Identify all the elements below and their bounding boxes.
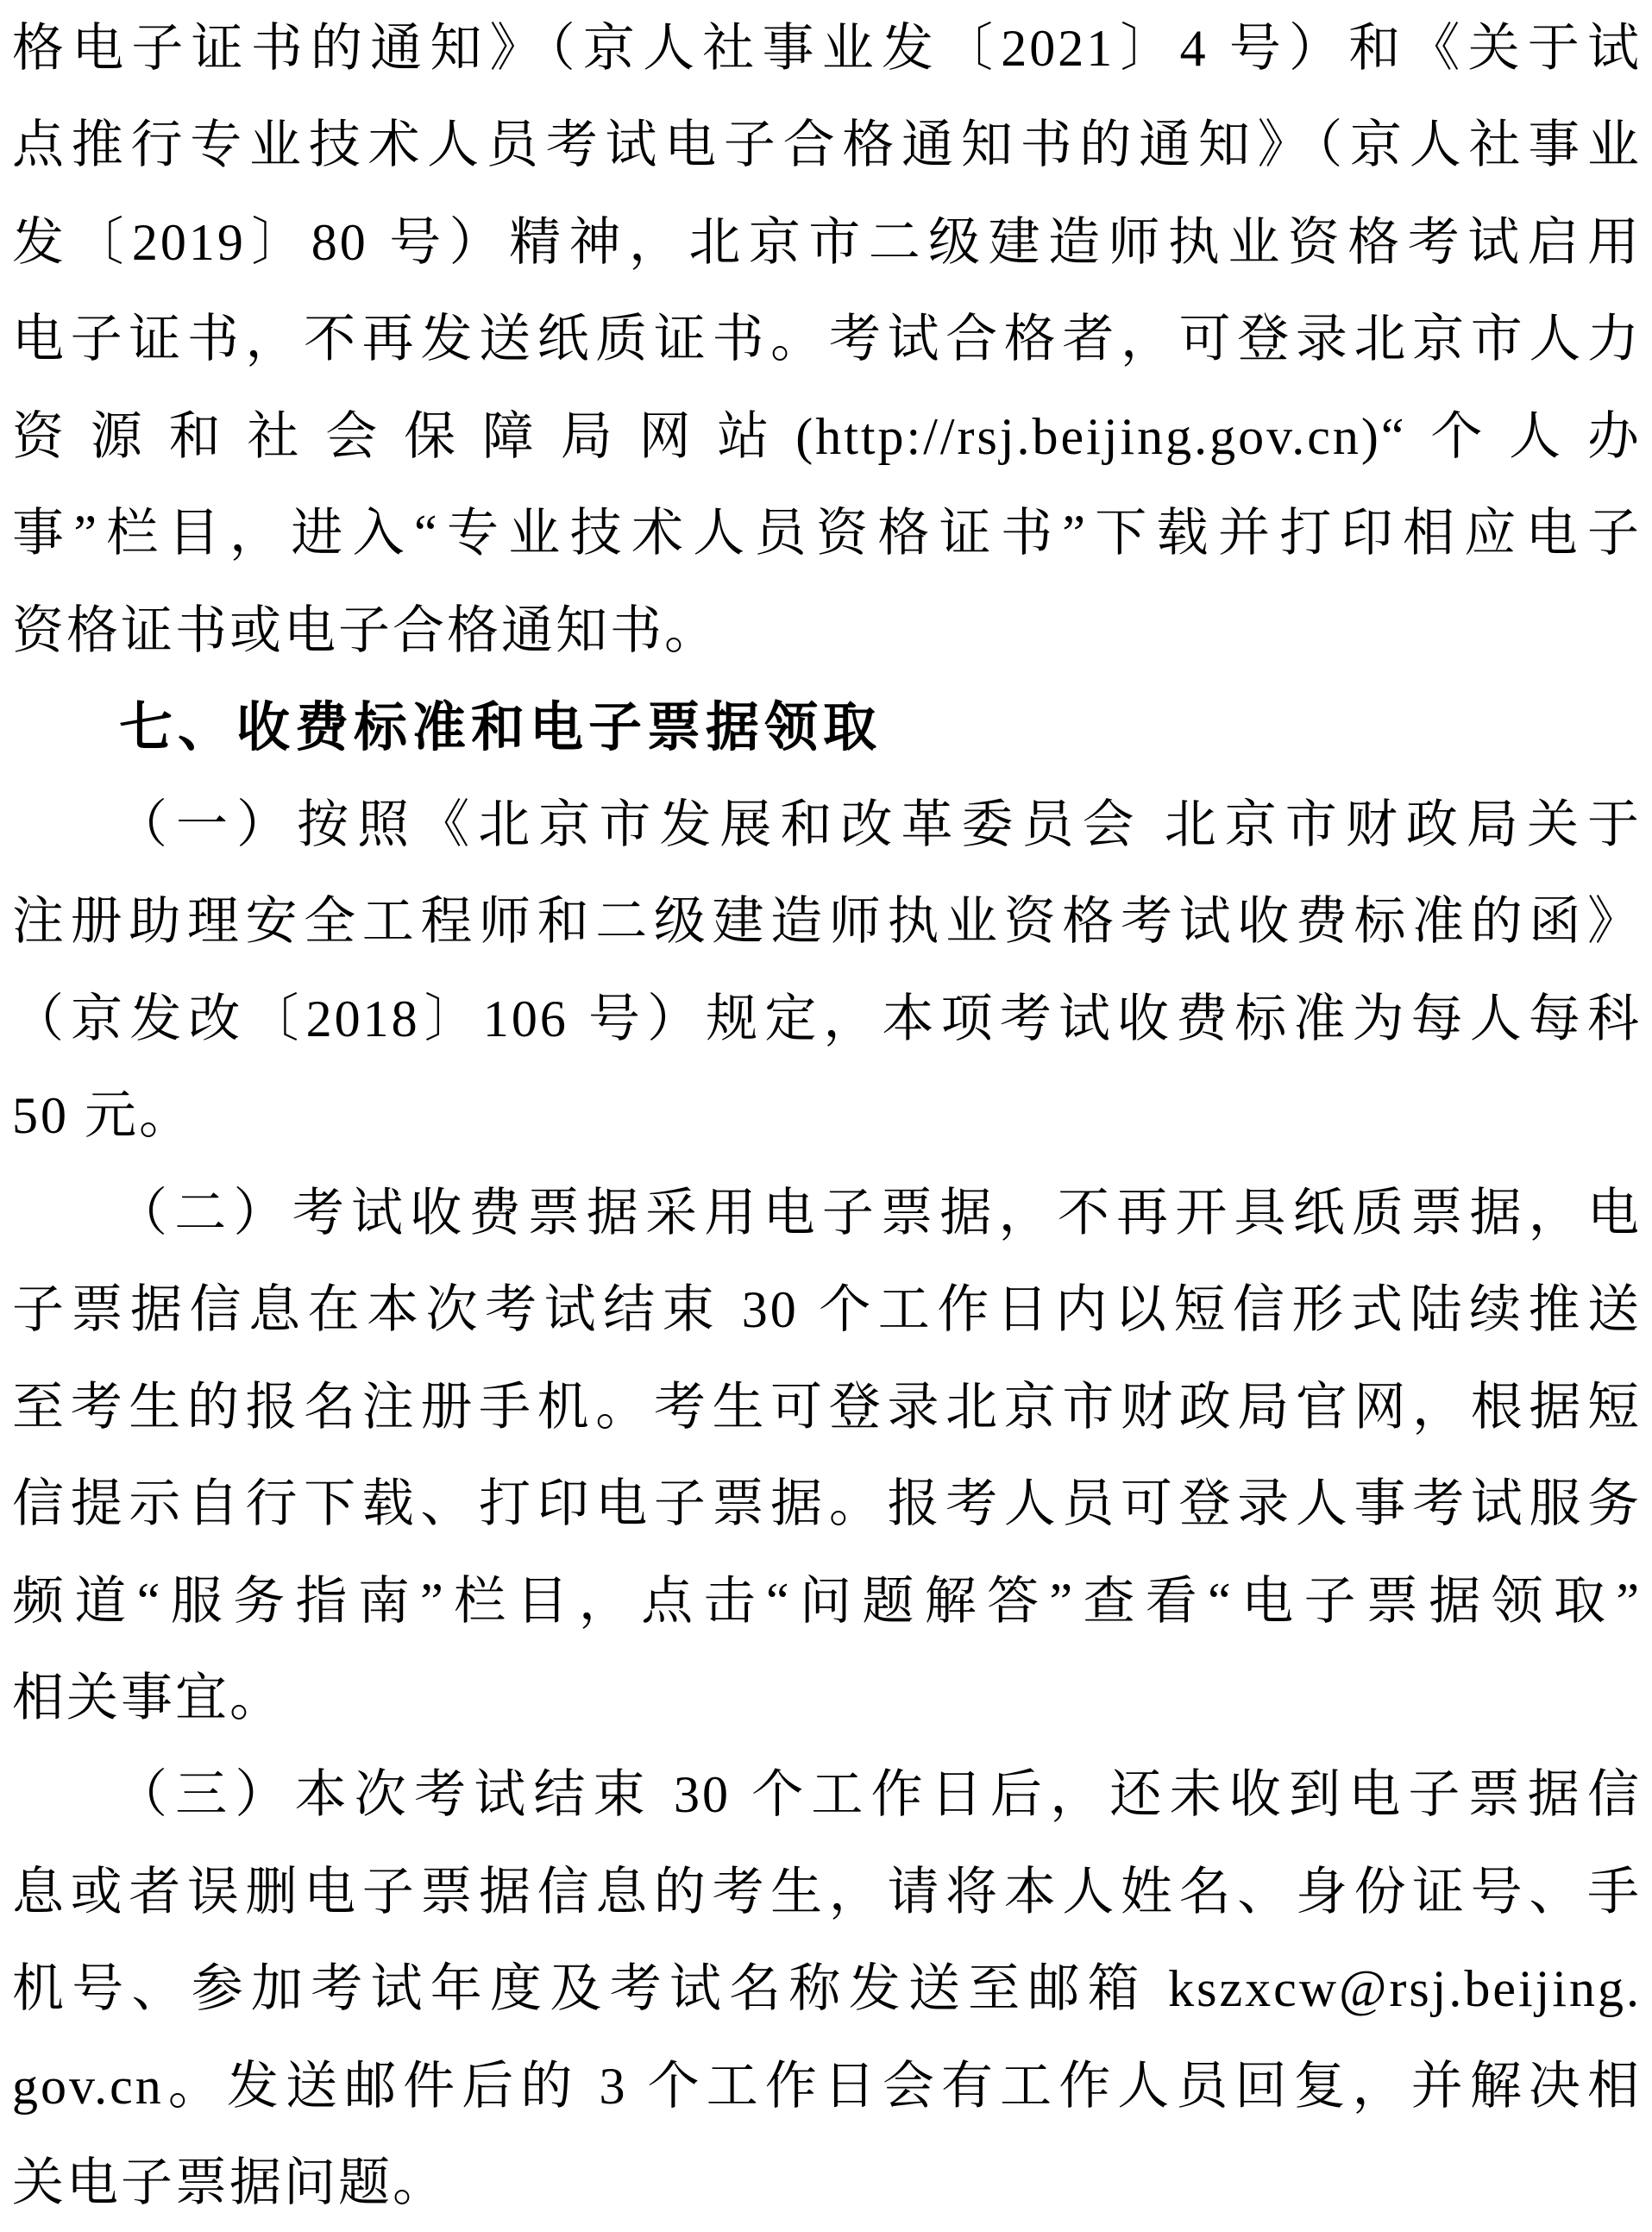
- document-page: 格电子证书的通知》（京人社事业发〔2021〕4 号）和《关于试点推行专业技术人员…: [0, 0, 1652, 2232]
- text-line-15: 至考生的报名注册手机。考生可登录北京市财政局官网，根据短: [12, 1359, 1642, 1456]
- text-line-16: 信提示自行下载、打印电子票据。报考人员可登录人事考试服务: [12, 1456, 1642, 1552]
- text-line-6: 事”栏目，进入“专业技术人员资格证书”下载并打印相应电子: [12, 485, 1642, 582]
- text-line-10: 注册助理安全工程师和二级建造师执业资格考试收费标准的函》: [12, 873, 1642, 970]
- text-line-7: 资格证书或电子合格通知书。: [12, 582, 1642, 679]
- text-line-1: 格电子证书的通知》（京人社事业发〔2021〕4 号）和《关于试: [12, 0, 1642, 97]
- text-line-2: 点推行专业技术人员考试电子合格通知书的通知》（京人社事业: [12, 97, 1642, 193]
- section-heading: 七、收费标准和电子票据领取: [12, 679, 1642, 776]
- text-line-12: 50 元。: [12, 1067, 1642, 1164]
- text-line-17: 频道“服务指南”栏目，点击“问题解答”查看“电子票据领取”: [12, 1553, 1642, 1650]
- text-line-5: 资源和社会保障局网站(http://rsj.beijing.gov.cn)“个人…: [12, 388, 1642, 485]
- text-line-21: 机号、参加考试年度及考试名称发送至邮箱 kszxcw@rsj.beijing.: [12, 1940, 1642, 2037]
- text-line-4: 电子证书，不再发送纸质证书。考试合格者，可登录北京市人力: [12, 291, 1642, 387]
- text-line-20: 息或者误删电子票据信息的考生，请将本人姓名、身份证号、手: [12, 1844, 1642, 1940]
- text-line-22: gov.cn。发送邮件后的 3 个工作日会有工作人员回复，并解决相: [12, 2038, 1642, 2135]
- text-line-19: （三）本次考试结束 30 个工作日后，还未收到电子票据信: [12, 1746, 1642, 1843]
- text-line-23: 关电子票据问题。: [12, 2135, 1642, 2231]
- text-line-18: 相关事宜。: [12, 1650, 1642, 1746]
- text-line-9: （一）按照《北京市发展和改革委员会 北京市财政局关于: [12, 776, 1642, 873]
- document-body: 格电子证书的通知》（京人社事业发〔2021〕4 号）和《关于试点推行专业技术人员…: [12, 0, 1642, 2232]
- text-line-3: 发〔2019〕80 号）精神，北京市二级建造师执业资格考试启用: [12, 194, 1642, 291]
- text-line-11: （京发改〔2018〕106 号）规定，本项考试收费标准为每人每科: [12, 971, 1642, 1067]
- text-line-14: 子票据信息在本次考试结束 30 个工作日内以短信形式陆续推送: [12, 1261, 1642, 1358]
- text-line-13: （二）考试收费票据采用电子票据，不再开具纸质票据，电: [12, 1165, 1642, 1261]
